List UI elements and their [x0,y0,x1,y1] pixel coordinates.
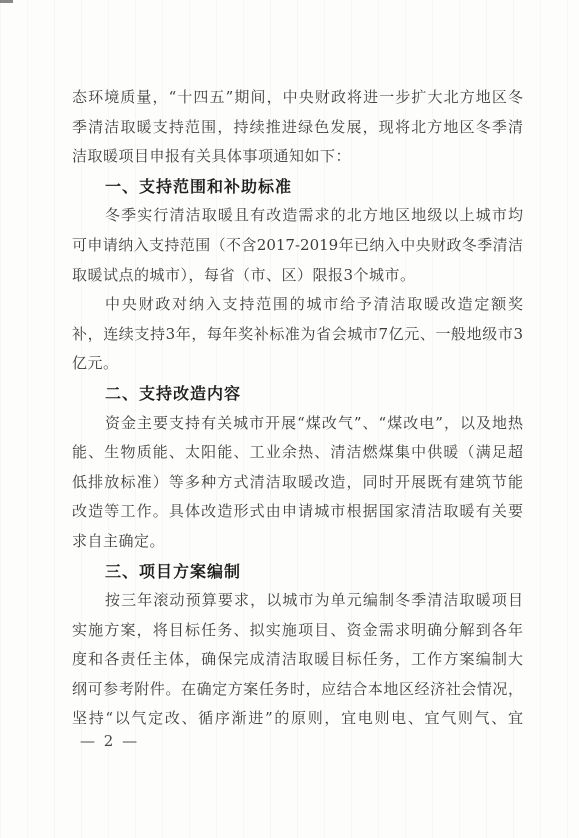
document-body: 态环境质量，“十四五”期间，中央财政将进一步扩大北方地区冬季清洁取暖支持范围，持… [72,83,523,734]
text-line: 坚持“以气定改、循序渐进”的原则，宜电则电、宜气则气、宜 [72,704,523,734]
text-line: 洁取暖项目申报有关具体事项通知如下： [72,142,523,172]
text-line: 态环境质量，“十四五”期间，中央财政将进一步扩大北方地区冬 [72,83,523,113]
section-heading: 三、项目方案编制 [72,557,523,587]
text-line: 补，连续支持3年，每年奖补标准为省会城市7亿元、一般地级市3 [72,320,523,350]
text-line: 低排放标准）等多种方式清洁取暖改造，同时开展既有建筑节能 [72,468,523,498]
section-heading: 二、支持改造内容 [72,379,523,409]
text-line: 改造等工作。具体改造形式由申请城市根据国家清洁取暖有关要 [72,497,523,527]
section-heading: 一、支持范围和补助标准 [72,172,523,202]
text-line: 可申请纳入支持范围（不含2017-2019年已纳入中央财政冬季清洁 [72,231,523,261]
scan-speck [0,0,13,3]
text-line: 按三年滚动预算要求，以城市为单元编制冬季清洁取暖项目 [72,586,523,616]
text-line: 实施方案，将目标任务、拟实施项目、资金需求明确分解到各年 [72,616,523,646]
text-line: 中央财政对纳入支持范围的城市给予清洁取暖改造定额奖 [72,290,523,320]
text-line: 能、生物质能、太阳能、工业余热、清洁燃煤集中供暖（满足超 [72,438,523,468]
text-line: 纲可参考附件。在确定方案任务时，应结合本地区经济社会情况， [72,675,523,705]
text-line: 求自主确定。 [72,527,523,557]
document-page: 态环境质量，“十四五”期间，中央财政将进一步扩大北方地区冬季清洁取暖支持范围，持… [0,0,579,838]
text-line: 度和各责任主体，确保完成清洁取暖目标任务，工作方案编制大 [72,645,523,675]
page-number: — 2 — [80,732,139,750]
text-line: 取暖试点的城市），每省（市、区）限报3个城市。 [72,261,523,291]
text-line: 亿元。 [72,349,523,379]
text-line: 冬季实行清洁取暖且有改造需求的北方地区地级以上城市均 [72,201,523,231]
text-line: 季清洁取暖支持范围，持续推进绿色发展，现将北方地区冬季清 [72,113,523,143]
text-line: 资金主要支持有关城市开展“煤改气”、“煤改电”，以及地热 [72,409,523,439]
